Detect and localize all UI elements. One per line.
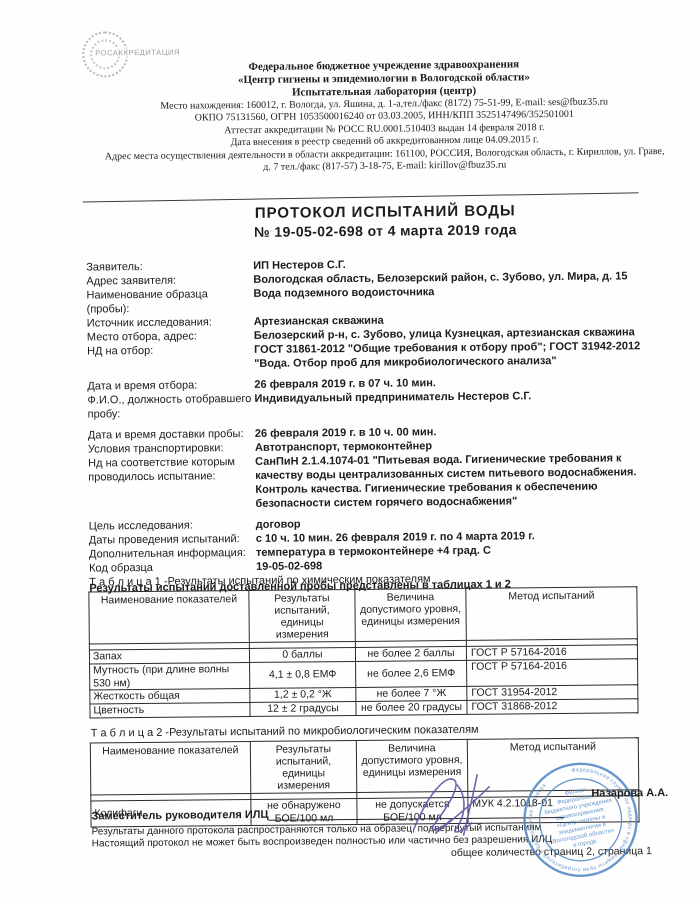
result-cell: 1,2 ± 0,2 °Ж	[250, 687, 356, 702]
method-cell: ГОСТ 31868-2012	[467, 699, 638, 715]
result-cell: 0 баллы	[249, 647, 355, 662]
round-stamp-icon: Федеральная служба по надзору в сфере за…	[512, 751, 650, 889]
indicator-cell: Мутность (при длине волны 530 нм)	[90, 662, 250, 690]
column-header: Результаты испытаний, единицы измерения	[250, 740, 356, 793]
field-row: НД на отбор:ГОСТ 31861-2012 "Общие требо…	[87, 339, 687, 373]
chemical-results-table: Наименование показателей Результаты испы…	[88, 586, 638, 718]
field-row: Ф.И.О., должность отобравшего пробу:Инди…	[87, 388, 687, 422]
scanned-protocol-page: РОСАККРЕДИТАЦИЯ Федеральное бюджетное уч…	[0, 0, 700, 905]
field-row: Нд на соответствие которым проводилось и…	[88, 451, 689, 513]
table-header-row: Наименование показателей Результаты испы…	[89, 587, 637, 644]
field-group: Дата и время доставки пробы:26 февраля 2…	[88, 423, 689, 513]
field-label: Нд на соответствие которым проводилось и…	[88, 455, 255, 485]
indicator-cell: Запах	[89, 648, 249, 664]
field-group: Дата и время отбора:26 февраля 2019 г. в…	[87, 374, 687, 422]
limit-cell: не более 20 градусы	[356, 700, 467, 715]
limit-cell: не более 2,6 ЕМФ	[356, 660, 467, 687]
result-cell: 12 ± 2 градусы	[250, 701, 356, 716]
indicator-cell: Цветность	[90, 702, 250, 718]
handwritten-signature-icon	[405, 768, 516, 844]
column-header: Метод испытаний	[466, 587, 637, 641]
organization-header: Федеральное бюджетное учреждение здравоо…	[81, 57, 687, 176]
protocol-fields: Заявитель:ИП Нестеров С.Г. Адрес заявите…	[86, 255, 689, 595]
document-body: РОСАККРЕДИТАЦИЯ Федеральное бюджетное уч…	[0, 0, 700, 905]
field-value: Вода подземного водоисточника	[253, 283, 678, 301]
logo-text: РОСАККРЕДИТАЦИЯ	[94, 48, 181, 58]
signatory-role: Заместитель руководителя ИЛЦ	[91, 809, 268, 823]
column-header: Величина допустимого уровня, единицы изм…	[355, 588, 466, 641]
field-label: Код образца	[89, 560, 256, 576]
field-value: СанПиН 2.1.4.1074-01 "Питьевая вода. Гиг…	[255, 451, 681, 511]
column-header: Наименование показателей	[89, 590, 249, 644]
field-label: Ф.И.О., должность отобравшего пробу:	[87, 392, 254, 422]
column-header: Наименование показателей	[90, 741, 250, 795]
field-value: Индивидуальный предприниматель Нестеров …	[254, 388, 679, 406]
method-cell: ГОСТ Р 57164-2016	[467, 659, 638, 687]
limit-cell: не более 2 баллы	[355, 646, 466, 661]
result-cell: 4,1 ± 0,8 ЕМФ	[250, 661, 356, 688]
field-label: НД на отбор:	[87, 343, 254, 359]
field-label: Наименование образца (пробы):	[86, 287, 253, 317]
document-title-block: ПРОТОКОЛ ИСПЫТАНИЙ ВОДЫ № 19-05-02-698 о…	[83, 200, 688, 244]
field-value: ГОСТ 31861-2012 "Общие требования к отбо…	[254, 339, 679, 371]
indicator-cell: Жесткость общая	[90, 688, 250, 704]
field-group: Цель исследования:договор Даты проведени…	[89, 514, 690, 576]
column-header: Результаты испытаний, единицы измерения	[249, 589, 355, 642]
limit-cell: не более 7 °Ж	[356, 686, 467, 701]
field-group: Заявитель:ИП Нестеров С.Г. Адрес заявите…	[86, 255, 687, 373]
signatory-name: Назарова А.А.	[591, 787, 668, 800]
